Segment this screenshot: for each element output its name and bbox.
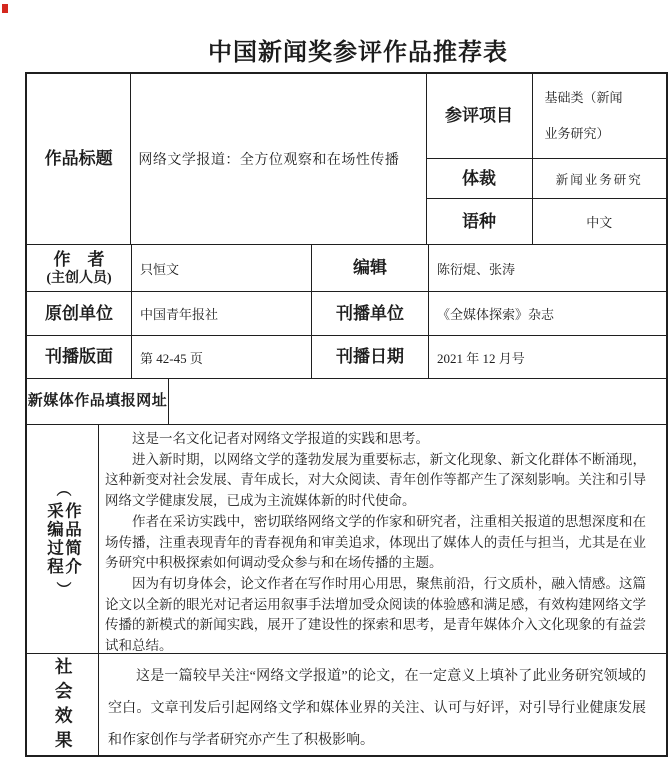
work-intro-paragraph: 作者在采访实践中，密切联络网络文学的作家和研究者，注重相关报道的思想深度和在场传…	[105, 512, 646, 574]
language-label: 语种	[427, 199, 533, 244]
work-intro-paragraph: 进入新时期，以网络文学的蓬勃发展为重要标志，新文化现象、新文化群体不断涌现，这种…	[105, 450, 646, 512]
work-intro-label-col-process: 采编过程	[45, 502, 63, 576]
genre-value: 新闻业务研究	[533, 159, 666, 198]
row-author-editor: 作 者 (主创人员) 只恒文 编辑 陈衍焜、张涛	[27, 245, 666, 292]
open-paren: （	[55, 481, 69, 496]
original-unit-label: 原创单位	[27, 292, 132, 335]
row-page-date: 刊播版面 第 42-45 页 刊播日期 2021 年 12 月号	[27, 336, 666, 379]
new-media-url-value	[169, 379, 666, 424]
social-effect-vertical-label: 社会效果	[54, 657, 72, 755]
work-intro-vertical-label: （ 采编过程 作品简介 ）	[45, 482, 81, 596]
page-title: 中国新闻奖参评作品推荐表	[48, 32, 668, 67]
editor-label: 编辑	[312, 245, 429, 291]
publish-page-label: 刊播版面	[27, 336, 132, 378]
row-social-effect: 社会效果 这是一篇较早关注“网络文学报道”的论文，在一定意义上填补了此业务研究领…	[27, 654, 666, 757]
editor-value: 陈衍焜、张涛	[429, 245, 666, 291]
publish-date-value: 2021 年 12 月号	[429, 336, 666, 378]
recommendation-form-table: 作品标题 网络文学报道：全方位观察和在场性传播 参评项目 基础类（新闻 业务研究…	[25, 72, 668, 757]
red-corner-mark	[2, 4, 8, 13]
author-label-line2: (主创人员)	[46, 270, 111, 288]
row-work-title: 作品标题 网络文学报道：全方位观察和在场性传播 参评项目 基础类（新闻 业务研究…	[27, 74, 666, 245]
work-title-value: 网络文学报道：全方位观察和在场性传播	[131, 74, 426, 244]
social-effect-label: 社会效果	[27, 654, 99, 757]
author-label: 作 者 (主创人员)	[27, 245, 132, 291]
row-entry-category: 参评项目 基础类（新闻 业务研究）	[427, 74, 666, 159]
publish-unit-value: 《全媒体探索》杂志	[429, 292, 666, 335]
work-intro-label-columns: 采编过程 作品简介	[45, 502, 81, 576]
row-new-media-url: 新媒体作品填报网址	[27, 379, 666, 425]
entry-category-value-line2: 业务研究）	[545, 116, 610, 152]
work-intro-text: 这是一名文化记者对网络文学报道的实践和思考。 进入新时期，以网络文学的蓬勃发展为…	[99, 425, 666, 653]
work-intro-label: （ 采编过程 作品简介 ）	[27, 425, 99, 653]
row-units: 原创单位 中国青年报社 刊播单位 《全媒体探索》杂志	[27, 292, 666, 336]
row-language: 语种 中文	[427, 199, 666, 244]
social-effect-paragraph: 这是一篇较早关注“网络文学报道”的论文，在一定意义上填补了此业务研究领域的空白。…	[108, 661, 646, 757]
entry-category-label: 参评项目	[427, 74, 533, 158]
original-unit-value: 中国青年报社	[132, 292, 312, 335]
work-intro-paragraph: 因为有切身体会，论文作者在写作时用心用思，聚焦前沿，行文质朴，融入情感。这篇论文…	[105, 574, 646, 653]
publish-page-value: 第 42-45 页	[132, 336, 312, 378]
author-value: 只恒文	[132, 245, 312, 291]
work-title-label: 作品标题	[27, 74, 131, 244]
work-intro-paragraph: 这是一名文化记者对网络文学报道的实践和思考。	[105, 429, 646, 450]
entry-category-value-line1: 基础类（新闻	[545, 80, 623, 116]
new-media-url-label: 新媒体作品填报网址	[27, 379, 169, 424]
publish-date-label: 刊播日期	[312, 336, 429, 378]
category-block: 参评项目 基础类（新闻 业务研究） 体裁 新闻业务研究 语种 中文	[427, 74, 666, 244]
row-work-intro: （ 采编过程 作品简介 ） 这是一名文化记者对网络文学报道的实践和思考。 进入新…	[27, 425, 666, 654]
publish-unit-label: 刊播单位	[312, 292, 429, 335]
social-effect-text: 这是一篇较早关注“网络文学报道”的论文，在一定意义上填补了此业务研究领域的空白。…	[99, 654, 666, 757]
author-label-line1: 作 者	[54, 249, 105, 270]
genre-label: 体裁	[427, 159, 533, 198]
row-genre: 体裁 新闻业务研究	[427, 159, 666, 199]
close-paren: ）	[55, 581, 69, 596]
work-intro-label-col-intro: 作品简介	[63, 502, 81, 576]
language-value: 中文	[533, 199, 666, 244]
entry-category-value: 基础类（新闻 业务研究）	[533, 74, 666, 158]
